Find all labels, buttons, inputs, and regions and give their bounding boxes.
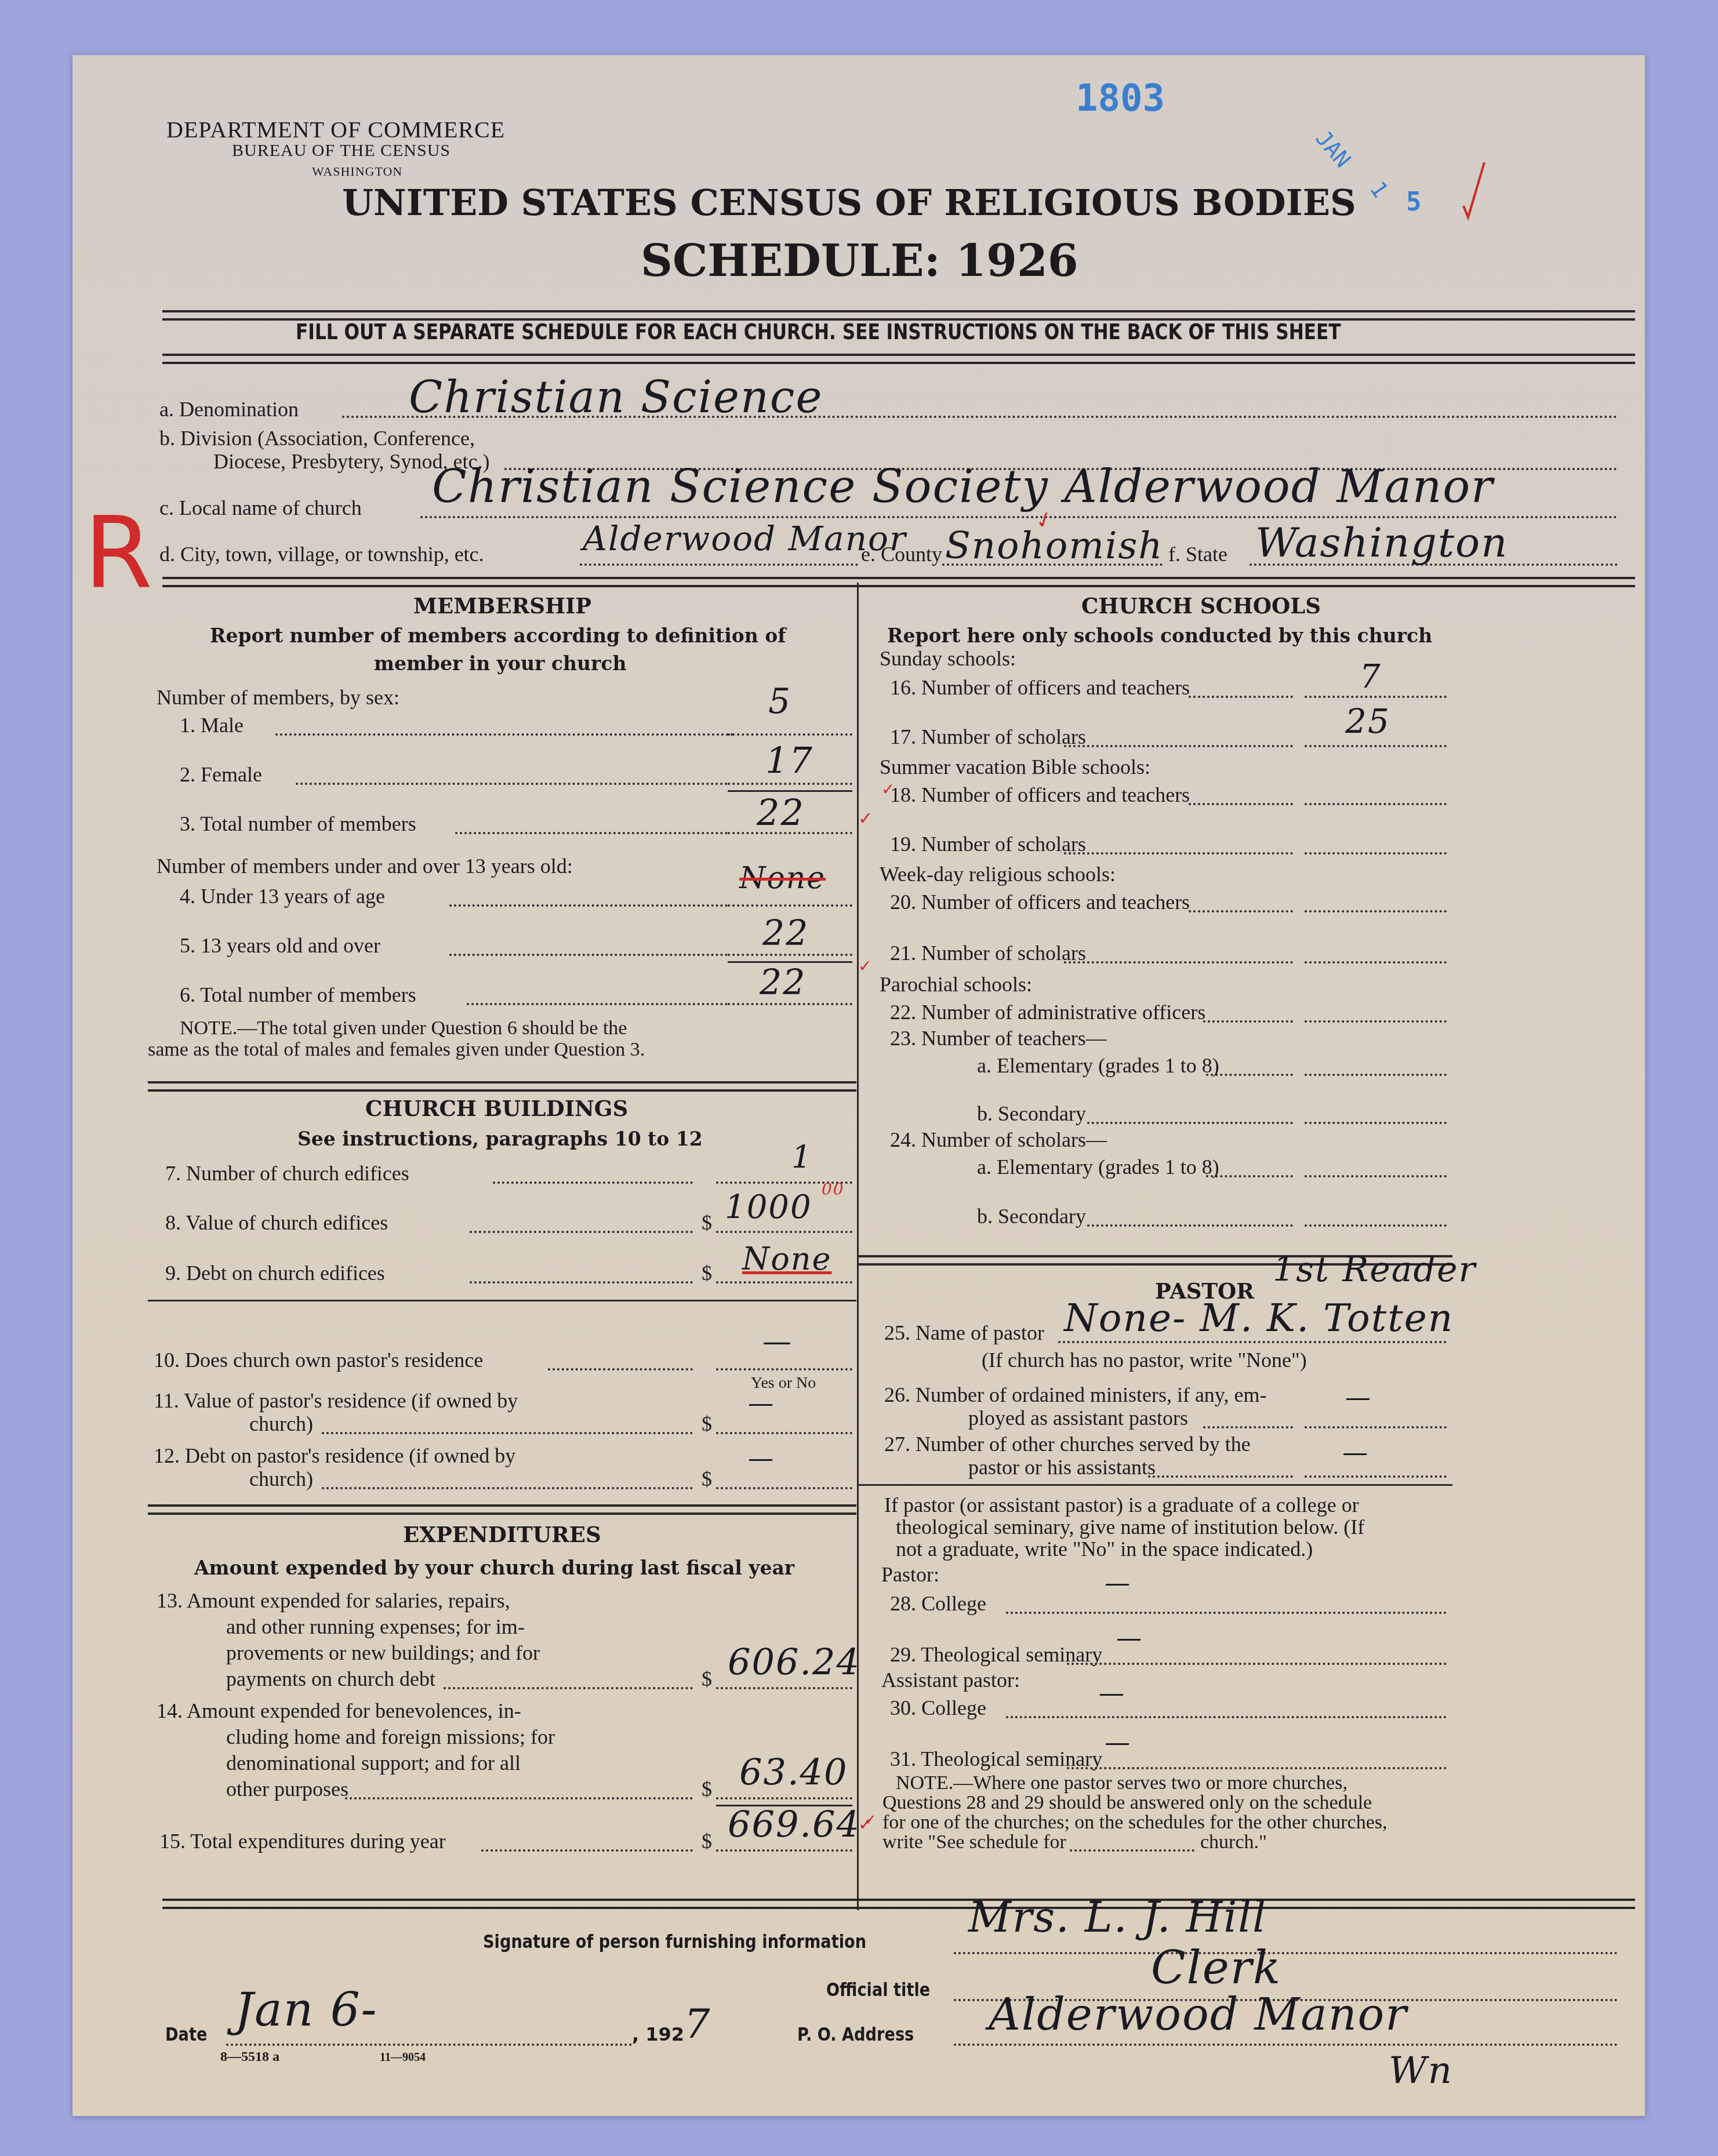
church-buildings-heading: CHURCH BUILDINGS bbox=[365, 1096, 628, 1121]
under-13-line bbox=[728, 904, 852, 907]
po-address-label: P. O. Address bbox=[797, 2023, 914, 2045]
q13-line-1: 13. Amount expended for salaries, repair… bbox=[157, 1588, 510, 1613]
schedule-title: SCHEDULE: 1926 bbox=[641, 235, 1078, 286]
edifices-value-line bbox=[716, 1231, 852, 1233]
q17-label: 17. Number of scholars bbox=[890, 725, 1086, 749]
double-rule bbox=[162, 1899, 1635, 1909]
edifices-debt-label: 9. Debt on church edifices bbox=[165, 1261, 385, 1285]
denomination-field[interactable]: Christian Science bbox=[409, 371, 823, 423]
q20-leader bbox=[1189, 910, 1293, 912]
edifices-value-cents: 00 bbox=[822, 1180, 845, 1199]
red-checkmark-icon: ✓ bbox=[864, 1812, 877, 1829]
dollar-sign: $ bbox=[702, 1777, 712, 1801]
q17-line bbox=[1305, 745, 1447, 747]
q13-leader bbox=[444, 1687, 693, 1689]
residence-debt-label-2: church) bbox=[249, 1467, 313, 1491]
q29-line bbox=[1067, 1663, 1447, 1665]
red-checkmark-icon: ✓ bbox=[858, 957, 871, 976]
owns-residence-line bbox=[716, 1368, 852, 1370]
edifices-value-leader bbox=[470, 1231, 693, 1233]
signature-label: Signature of person furnishing informati… bbox=[483, 1930, 866, 1953]
bureau-label: BUREAU OF THE CENSUS bbox=[232, 141, 451, 161]
edifices-count-label: 7. Number of church edifices bbox=[165, 1161, 409, 1186]
under-13-leader bbox=[449, 904, 728, 907]
q17-field[interactable]: 25 bbox=[1345, 701, 1390, 741]
total-members-label: 3. Total number of members bbox=[180, 812, 416, 836]
red-checkmark-icon bbox=[1461, 159, 1490, 223]
q18-leader bbox=[1189, 803, 1293, 805]
q30-field[interactable]: — bbox=[1099, 1678, 1125, 1708]
parochial-schools-label: Parochial schools: bbox=[880, 972, 1032, 997]
q13-line bbox=[716, 1687, 852, 1689]
census-schedule-page: DEPARTMENT OF COMMERCE BUREAU OF THE CEN… bbox=[72, 55, 1645, 2116]
local-name-line bbox=[420, 516, 1618, 518]
membership-note-1: NOTE.—The total given under Question 6 s… bbox=[180, 1017, 627, 1039]
edifices-debt-leader bbox=[470, 1281, 693, 1284]
denomination-label: a. Denomination bbox=[159, 397, 299, 421]
summer-schools-label: Summer vacation Bible schools: bbox=[880, 755, 1150, 779]
print-number: 11—9054 bbox=[380, 2051, 426, 2064]
q21-line bbox=[1305, 961, 1447, 964]
residence-value-leader bbox=[322, 1432, 693, 1434]
edifices-debt-line bbox=[716, 1281, 852, 1284]
q30-label: 30. College bbox=[890, 1696, 986, 1720]
total-members-leader bbox=[455, 832, 728, 834]
department-label: DEPARTMENT OF COMMERCE bbox=[166, 116, 505, 143]
q14-leader bbox=[345, 1797, 693, 1799]
q26-leader bbox=[1203, 1426, 1293, 1428]
q15-field[interactable]: 669.64 bbox=[728, 1803, 860, 1845]
q13-line-2: and other running expenses; for im- bbox=[226, 1615, 525, 1639]
female-label: 2. Female bbox=[180, 762, 262, 787]
membership-note-2: same as the total of males and females g… bbox=[148, 1039, 645, 1061]
q19-line bbox=[1305, 852, 1447, 855]
q17-leader bbox=[1064, 745, 1293, 747]
male-leader bbox=[275, 733, 733, 736]
dollar-sign: $ bbox=[702, 1667, 712, 1691]
church-schools-subheading: Report here only schools conducted by th… bbox=[887, 624, 1432, 647]
residence-value-field[interactable]: — bbox=[748, 1388, 775, 1418]
q27-field[interactable]: — bbox=[1342, 1438, 1369, 1467]
pastor-education-label: Pastor: bbox=[881, 1562, 939, 1587]
year-prefix: , 192 bbox=[632, 2023, 684, 2045]
q14-line-1: 14. Amount expended for benevolences, in… bbox=[157, 1699, 521, 1723]
dollar-sign: $ bbox=[702, 1261, 712, 1285]
residence-value-line bbox=[716, 1432, 852, 1434]
q31-field[interactable]: — bbox=[1105, 1728, 1131, 1757]
q20-line bbox=[1305, 910, 1447, 912]
double-rule bbox=[162, 354, 1635, 364]
q18-line bbox=[1305, 803, 1447, 805]
city-field[interactable]: Alderwood Manor bbox=[583, 519, 907, 558]
total-members-field[interactable]: 22 bbox=[757, 791, 805, 834]
double-rule bbox=[148, 1504, 856, 1515]
education-note-3: for one of the churches; on the schedule… bbox=[882, 1812, 1387, 1834]
q14-field[interactable]: 63.40 bbox=[739, 1751, 848, 1793]
double-rule bbox=[148, 1081, 856, 1092]
expenditures-subheading: Amount expended by your church during la… bbox=[194, 1557, 794, 1579]
edifices-debt-field[interactable]: None bbox=[742, 1241, 832, 1277]
education-note-4b: church." bbox=[1200, 1831, 1267, 1853]
q26-label-1: 26. Number of ordained ministers, if any… bbox=[884, 1383, 1267, 1407]
assistant-education-label: Assistant pastor: bbox=[881, 1668, 1020, 1692]
q19-label: 19. Number of scholars bbox=[890, 832, 1086, 856]
q18-label: 18. Number of officers and teachers bbox=[890, 783, 1190, 807]
owns-residence-leader bbox=[548, 1368, 693, 1370]
q16-label: 16. Number of officers and teachers bbox=[890, 675, 1190, 700]
q24a-leader bbox=[1206, 1175, 1293, 1177]
q13-line-4: payments on church debt bbox=[226, 1667, 435, 1691]
over-13-line bbox=[728, 954, 852, 956]
q23b-line bbox=[1305, 1122, 1447, 1124]
pastor-name-hint: (If church has no pastor, write "None") bbox=[982, 1348, 1307, 1372]
edifices-count-leader bbox=[493, 1181, 693, 1184]
q28-label: 28. College bbox=[890, 1591, 986, 1616]
expenditures-heading: EXPENDITURES bbox=[403, 1522, 601, 1547]
q28-line bbox=[1006, 1612, 1447, 1614]
city-label: WASHINGTON bbox=[312, 164, 402, 179]
date-line bbox=[226, 2044, 632, 2046]
q16-line bbox=[1305, 696, 1447, 698]
q27-label-1: 27. Number of other churches served by t… bbox=[884, 1432, 1251, 1456]
residence-debt-field[interactable]: — bbox=[748, 1444, 775, 1473]
membership-subheading-2: member in your church bbox=[374, 652, 626, 675]
education-intro-1: If pastor (or assistant pastor) is a gra… bbox=[884, 1493, 1359, 1517]
q15-label: 15. Total expenditures during year bbox=[159, 1829, 446, 1853]
pastor-name-line bbox=[1058, 1341, 1447, 1343]
state-field[interactable]: Washington bbox=[1255, 519, 1508, 566]
section-rule bbox=[148, 1300, 856, 1301]
q24-label: 24. Number of scholars— bbox=[890, 1128, 1107, 1152]
q14-line-3: denominational support; and for all bbox=[226, 1751, 521, 1775]
owns-residence-field[interactable]: — bbox=[762, 1325, 793, 1358]
county-label: e. County bbox=[861, 542, 942, 566]
church-buildings-subheading: See instructions, paragraphs 10 to 12 bbox=[297, 1128, 703, 1150]
education-note-1: NOTE.—Where one pastor serves two or mor… bbox=[896, 1772, 1347, 1794]
date-field[interactable]: Jan 6- bbox=[235, 1983, 378, 2037]
owns-residence-label: 10. Does church own pastor's residence bbox=[154, 1348, 483, 1372]
date-label: Date bbox=[165, 2023, 207, 2045]
pastor-role-annotation: 1st Reader bbox=[1273, 1249, 1476, 1290]
city-label: d. City, town, village, or township, etc… bbox=[159, 542, 484, 566]
q24a-label: a. Elementary (grades 1 to 8) bbox=[977, 1155, 1219, 1179]
q30-line bbox=[1006, 1716, 1447, 1718]
local-name-field[interactable]: Christian Science Society Alderwood Mano… bbox=[432, 461, 1494, 513]
state-label: f. State bbox=[1168, 542, 1227, 566]
membership-heading: MEMBERSHIP bbox=[413, 593, 591, 619]
over-13-label: 5. 13 years old and over bbox=[180, 933, 380, 958]
q23b-leader bbox=[1087, 1122, 1293, 1124]
edifices-value-label: 8. Value of church edifices bbox=[165, 1210, 388, 1235]
form-number: 8—5518 a bbox=[220, 2049, 279, 2065]
q21-label: 21. Number of scholars bbox=[890, 941, 1086, 965]
female-line bbox=[728, 783, 852, 785]
q23b-label: b. Secondary bbox=[977, 1101, 1086, 1126]
q14-line bbox=[716, 1797, 852, 1799]
edifices-value-field[interactable]: 1000 bbox=[725, 1188, 812, 1226]
residence-debt-label: 12. Debt on pastor's residence (if owned… bbox=[154, 1444, 515, 1468]
q22-leader bbox=[1203, 1020, 1293, 1023]
weekday-schools-label: Week-day religious schools: bbox=[880, 862, 1116, 886]
male-field[interactable]: 5 bbox=[768, 681, 791, 722]
over-13-leader bbox=[449, 954, 728, 956]
dollar-sign: $ bbox=[702, 1467, 712, 1491]
q31-line bbox=[1067, 1767, 1447, 1769]
edifices-count-field[interactable]: 1 bbox=[791, 1139, 812, 1176]
under-13-field[interactable]: None bbox=[739, 861, 826, 896]
q29-field[interactable]: — bbox=[1116, 1623, 1143, 1653]
male-line bbox=[728, 733, 852, 736]
q20-label: 20. Number of officers and teachers bbox=[890, 890, 1190, 914]
division-label-line-1: b. Division (Association, Conference, bbox=[159, 426, 475, 450]
q23-label: 23. Number of teachers— bbox=[890, 1026, 1107, 1050]
q15-leader bbox=[481, 1849, 693, 1852]
signature-field[interactable]: Mrs. L. J. Hill bbox=[968, 1893, 1267, 1942]
education-note-4a: write "See schedule for bbox=[882, 1831, 1066, 1853]
q15-line bbox=[716, 1849, 852, 1852]
q24b-leader bbox=[1087, 1224, 1293, 1227]
q23a-line bbox=[1305, 1074, 1447, 1076]
membership-subheading-1: Report number of members according to de… bbox=[210, 624, 786, 647]
date-stamp-month: JAN bbox=[1310, 126, 1356, 173]
q23a-leader bbox=[1206, 1074, 1293, 1076]
city-line bbox=[580, 563, 858, 566]
po-address-field[interactable]: Alderwood Manor bbox=[989, 1988, 1408, 2040]
female-leader bbox=[296, 783, 728, 785]
education-intro-3: not a graduate, write "No" in the space … bbox=[896, 1537, 1313, 1561]
by-sex-label: Number of members, by sex: bbox=[157, 685, 399, 710]
under-13-label: 4. Under 13 years of age bbox=[180, 884, 385, 908]
q16-leader bbox=[1189, 696, 1293, 698]
receipt-number-stamp: 1803 bbox=[1076, 77, 1165, 120]
dollar-sign: $ bbox=[702, 1829, 712, 1853]
q26-label-2: ployed as assistant pastors bbox=[968, 1406, 1188, 1430]
column-divider bbox=[857, 583, 859, 1910]
q14-line-2: cluding home and foreign missions; for bbox=[226, 1725, 555, 1749]
q16-field[interactable]: 7 bbox=[1360, 658, 1382, 696]
education-intro-2: theological seminary, give name of insti… bbox=[896, 1515, 1364, 1539]
year-field[interactable]: 7 bbox=[684, 2000, 711, 2048]
county-field[interactable]: Snohomish bbox=[945, 525, 1164, 568]
section-rule bbox=[858, 1484, 1452, 1486]
q27-leader bbox=[1148, 1475, 1293, 1478]
sunday-schools-label: Sunday schools: bbox=[880, 646, 1016, 671]
q21-leader bbox=[1064, 961, 1293, 964]
residence-debt-leader bbox=[322, 1487, 693, 1489]
total-members-6-leader bbox=[467, 1003, 728, 1005]
form-title: UNITED STATES CENSUS OF RELIGIOUS BODIES bbox=[342, 181, 1356, 224]
official-title-label: Official title bbox=[826, 1979, 930, 2001]
q28-field[interactable]: — bbox=[1105, 1568, 1131, 1598]
date-stamp-day-2: 5 bbox=[1406, 187, 1422, 217]
q27-line bbox=[1305, 1475, 1447, 1478]
total-members-6-label: 6. Total number of members bbox=[180, 983, 416, 1007]
q24b-line bbox=[1305, 1224, 1447, 1227]
signature-line bbox=[954, 1952, 1618, 1954]
see-schedule-line bbox=[1070, 1849, 1194, 1852]
residence-value-label: 11. Value of pastor's residence (if owne… bbox=[154, 1388, 518, 1413]
q24a-line bbox=[1305, 1175, 1447, 1177]
q24b-label: b. Secondary bbox=[977, 1204, 1086, 1228]
q13-line-3: provements or new buildings; and for bbox=[226, 1641, 540, 1665]
instruction-banner: FILL OUT A SEPARATE SCHEDULE FOR EACH CH… bbox=[296, 319, 1341, 344]
pastor-name-field[interactable]: None- M. K. Totten bbox=[1064, 1296, 1454, 1340]
dollar-sign: $ bbox=[702, 1210, 712, 1235]
q23a-label: a. Elementary (grades 1 to 8) bbox=[977, 1053, 1219, 1078]
q26-field[interactable]: — bbox=[1345, 1383, 1372, 1412]
total-members-6-line bbox=[728, 1003, 852, 1005]
q26-line bbox=[1305, 1426, 1447, 1428]
church-schools-heading: CHURCH SCHOOLS bbox=[1081, 593, 1321, 619]
age-group-label: Number of members under and over 13 year… bbox=[157, 854, 573, 878]
date-stamp-day-1: 1 bbox=[1365, 177, 1393, 202]
q13-field[interactable]: 606.24 bbox=[728, 1641, 860, 1683]
red-checkmark-icon: ✓ bbox=[858, 809, 873, 829]
residence-debt-line bbox=[716, 1487, 852, 1489]
pastor-name-label: 25. Name of pastor bbox=[884, 1321, 1044, 1345]
total-members-6-field[interactable]: 22 bbox=[760, 962, 806, 1003]
po-address-line bbox=[954, 2044, 1618, 2046]
residence-value-label-2: church) bbox=[249, 1412, 313, 1436]
q22-line bbox=[1305, 1020, 1447, 1023]
red-r-mark: R bbox=[84, 496, 154, 610]
dollar-sign: $ bbox=[702, 1412, 712, 1436]
local-name-label: c. Local name of church bbox=[159, 496, 362, 520]
official-title-field[interactable]: Clerk bbox=[1151, 1942, 1281, 1994]
q14-line-4: other purposes bbox=[226, 1777, 348, 1801]
q27-label-2: pastor or his assistants bbox=[968, 1455, 1156, 1479]
education-note-2: Questions 28 and 29 should be answered o… bbox=[882, 1792, 1372, 1814]
female-field[interactable]: 17 bbox=[765, 739, 813, 781]
po-address-state-field[interactable]: Wn bbox=[1389, 2049, 1453, 2092]
over-13-field[interactable]: 22 bbox=[762, 913, 809, 954]
q19-leader bbox=[1064, 852, 1293, 855]
q22-label: 22. Number of administrative officers bbox=[890, 1000, 1205, 1024]
male-label: 1. Male bbox=[180, 713, 244, 737]
double-rule bbox=[162, 577, 1635, 587]
